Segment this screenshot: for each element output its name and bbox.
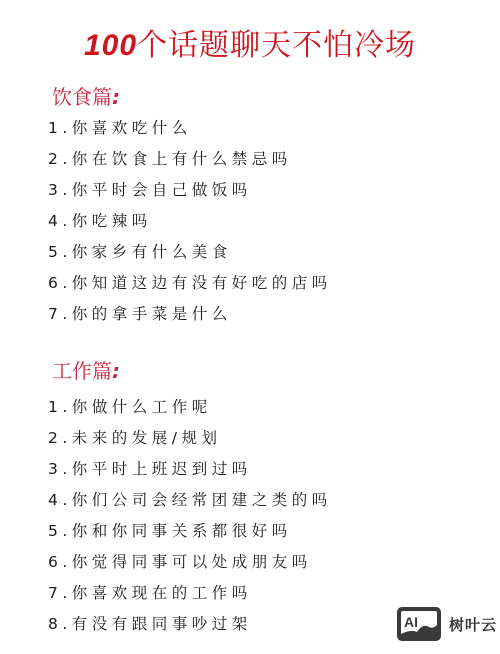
title-text: 个话题聊天不怕冷场 [137,28,416,63]
list-item: 5.你家乡有什么美食 [48,241,232,263]
list-item: 6.你知道这边有没有好吃的店吗 [48,272,332,294]
section-heading-text: 饮食篇 [52,85,112,109]
list-item: 1.你做什么工作呢 [48,396,212,418]
section-heading-colon: : [112,85,120,109]
list-item: 3.你平时会自己做饭吗 [48,179,252,201]
list-item: 8.有没有跟同事吵过架 [48,613,252,635]
svg-text:AI: AI [404,614,418,630]
list-item: 2.你在饮食上有什么禁忌吗 [48,148,292,170]
section-heading-colon: : [112,359,120,383]
list-item: 5.你和你同事关系都很好吗 [48,520,292,542]
ai-image-logo-icon: AI [397,607,441,641]
list-item: 7.你喜欢现在的工作吗 [48,582,252,604]
section-heading-text: 工作篇 [52,359,112,383]
list-item: 1.你喜欢吃什么 [48,117,192,139]
list-item: 6.你觉得同事可以处成朋友吗 [48,551,312,573]
list-item: 3.你平时上班迟到过吗 [48,458,252,480]
section-heading-food: 饮食篇: [52,83,120,111]
list-item: 4.你们公司会经常团建之类的吗 [48,489,332,511]
page-title: 100个话题聊天不怕冷场 [0,26,500,66]
list-item: 7.你的拿手菜是什么 [48,303,232,325]
watermark: AI 树叶云 [397,607,497,641]
list-item: 4.你吃辣吗 [48,210,152,232]
title-number: 100 [84,29,137,62]
watermark-label: 树叶云 [449,614,497,635]
list-item: 2.未来的发展/规划 [48,427,222,449]
section-heading-work: 工作篇: [52,357,120,385]
